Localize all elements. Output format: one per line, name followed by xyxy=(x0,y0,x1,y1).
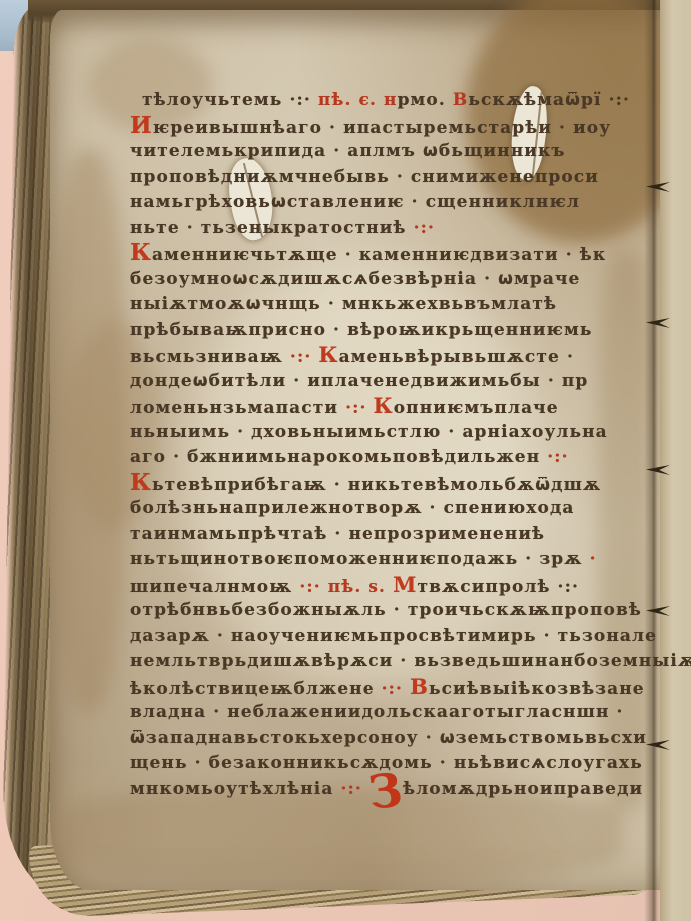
text-segment: · xyxy=(590,549,597,569)
text-line: дазарѫ · наоучениѥмьпросвѣтимирь · тьзон… xyxy=(130,626,657,646)
text-segment: ѣломѫдрьноиправеди xyxy=(403,779,643,799)
text-segment: вьсмьзниваѭ xyxy=(130,347,290,367)
text-segment: ньте · тьзеныкратостниѣ xyxy=(130,218,414,238)
text-segment: ныіѫтмоѫѡчнщь · мнкьжехвьвъмлатѣ xyxy=(130,294,557,314)
text-line: ѿзападнавьстокьхерсоноу · ѡземьствомьвьс… xyxy=(130,728,647,748)
text-segment: отрѣбнвьбезбожныѫль · троичьскѫѭпроповѣ xyxy=(130,600,642,620)
text-segment: тѣлоучьтемь ·:· xyxy=(142,90,318,110)
text-line: проповѣдниѫмчнебывь · снимиженепроси xyxy=(130,167,599,187)
text-line: ломеньнзьмапасти ·:· Копниѥмъплаче xyxy=(130,396,559,418)
text-segment: проповѣдниѫмчнебывь · снимиженепроси xyxy=(130,167,599,187)
text-segment: В xyxy=(453,90,468,110)
text-segment: твѫсипролѣ ·:· xyxy=(417,577,579,597)
text-segment: К xyxy=(130,239,152,266)
text-line: тѣлоучьтемь ·:· пѣ. є. нрмо. Вьскѫѣмаѿрї… xyxy=(142,90,630,110)
text-segment: опниѥмъплаче xyxy=(394,398,559,418)
manuscript-photo: тѣлоучьтемь ·:· пѣ. є. нрмо. Вьскѫѣмаѿрї… xyxy=(0,0,691,921)
text-segment: ѥреивышнѣаго · ипастыремьстарѣи · иоу xyxy=(153,118,611,138)
text-segment: болѣзньнаприлежнотворѫ · спениюхода xyxy=(130,498,575,518)
text-line: немльтврьдишѫвѣрѫси · вьзведьшинанбоземн… xyxy=(130,651,691,671)
text-line: отрѣбнвьбезбожныѫль · троичьскѫѭпроповѣ xyxy=(130,600,642,620)
text-line: вьсмьзниваѭ ·:· Каменьвѣрывьшѫсте · xyxy=(130,345,574,367)
text-segment: ьтевѣприбѣгаѭ · никьтевѣмольбѫѿдшѫ xyxy=(152,475,601,495)
text-segment: ломеньнзьмапасти xyxy=(130,398,345,418)
text-segment: рмо. xyxy=(398,90,453,110)
text-segment: ·:· пѣ. ѕ. xyxy=(299,577,393,597)
text-segment: аго · бжниимьнарокомьповѣдильжен xyxy=(130,447,547,467)
text-line: ѣколѣствицеѭблжене ·:· Вьсиѣвыіѣкозвѣзан… xyxy=(130,677,645,699)
text-segment: аменниѥчьтѫще · каменниѥдвизати · ѣк xyxy=(152,245,606,265)
text-segment: ·:· xyxy=(382,679,410,699)
text-segment: ьсиѣвыіѣкозвѣзане xyxy=(429,679,645,699)
text-segment: немльтврьдишѫвѣрѫси · вьзведьшинанбоземн… xyxy=(130,651,691,671)
text-line: мнкомьоутѣхлѣніа ·:· Зѣломѫдрьноиправеди xyxy=(130,779,643,799)
text-segment: К xyxy=(374,393,394,418)
text-segment: ньныимь · дховьныимьстлю · арніахоульна xyxy=(130,422,608,442)
text-line: прѣбываѭприсно · вѣроѭикрьщенниѥмь xyxy=(130,320,593,340)
text-line: таинмамьпрѣчтаѣ · непрозрименениѣ xyxy=(130,524,545,544)
text-segment: ѿзападнавьстокьхерсоноу · ѡземьствомьвьс… xyxy=(130,728,647,748)
text-segment: аменьвѣрывьшѫсте · xyxy=(339,347,574,367)
text-segment: таинмамьпрѣчтаѣ · непрозрименениѣ xyxy=(130,524,545,544)
text-line: ныіѫтмоѫѡчнщь · мнкьжехвьвъмлатѣ xyxy=(130,294,557,314)
text-segment: К xyxy=(130,469,152,496)
text-segment: В xyxy=(410,674,429,699)
text-line: дондеѡбитѣли · иплаченедвижимьбы · пр xyxy=(130,371,588,391)
text-segment: дондеѡбитѣли · иплаченедвижимьбы · пр xyxy=(130,371,588,391)
text-segment: ньтьщинотвоѥпоможенниѥподажь · зрѫ xyxy=(130,549,590,569)
text-line: ньтьщинотвоѥпоможенниѥподажь · зрѫ · xyxy=(130,549,597,569)
text-line: шипечалнмоѭ ·:· пѣ. ѕ. Мтвѫсипролѣ ·:· xyxy=(130,575,579,597)
text-line: ньныимь · дховьныимьстлю · арніахоульна xyxy=(130,422,608,442)
text-line: болѣзньнаприлежнотворѫ · спениюхода xyxy=(130,498,575,518)
manuscript-text-layer: тѣлоучьтемь ·:· пѣ. є. нрмо. Вьскѫѣмаѿрї… xyxy=(0,0,691,921)
text-line: аго · бжниимьнарокомьповѣдильжен ·:· xyxy=(130,447,569,467)
text-segment: ѣколѣствицеѭблжене xyxy=(130,679,382,699)
text-segment: ·:· xyxy=(414,218,435,238)
text-line: Иѥреивышнѣаго · ипастыремьстарѣи · иоу xyxy=(130,116,611,138)
text-segment: пѣ. є. н xyxy=(318,90,398,110)
text-segment: намьгрѣховьѡставлениѥ · сщенниклнѥл xyxy=(130,192,580,212)
text-segment: дазарѫ · наоучениѥмьпросвѣтимирь · тьзон… xyxy=(130,626,657,646)
text-segment: ьскѫѣмаѿрї ·:· xyxy=(468,90,630,110)
ornate-initial: З xyxy=(369,788,403,792)
text-segment: К xyxy=(318,342,338,367)
text-segment: ·:· xyxy=(340,779,368,799)
text-segment: И xyxy=(130,112,153,139)
text-line: намьгрѣховьѡставлениѥ · сщенниклнѥл xyxy=(130,192,580,212)
text-segment: владна · неблажениидольскааготыгласншн · xyxy=(130,702,624,722)
text-line: Кьтевѣприбѣгаѭ · никьтевѣмольбѫѿдшѫ xyxy=(130,473,601,495)
text-line: Каменниѥчьтѫще · каменниѥдвизати · ѣк xyxy=(130,243,606,265)
text-line: чителемькрипида · аплмъ ѡбьщинникъ xyxy=(130,141,565,161)
text-segment: чителемькрипида · аплмъ ѡбьщинникъ xyxy=(130,141,565,161)
text-segment: прѣбываѭприсно · вѣроѭикрьщенниѥмь xyxy=(130,320,593,340)
text-line: безоумноѡсѫдишѫсѧбезвѣрніа · ѡмраче xyxy=(130,269,580,289)
text-segment: М xyxy=(393,572,417,597)
text-segment: ·:· xyxy=(290,347,318,367)
text-line: ньте · тьзеныкратостниѣ ·:· xyxy=(130,218,435,238)
text-segment: мнкомьоутѣхлѣніа xyxy=(130,779,340,799)
text-line: владна · неблажениидольскааготыгласншн · xyxy=(130,702,624,722)
text-segment: ·:· xyxy=(547,447,568,467)
text-segment: шипечалнмоѭ xyxy=(130,577,299,597)
text-segment: безоумноѡсѫдишѫсѧбезвѣрніа · ѡмраче xyxy=(130,269,580,289)
text-segment: ·:· xyxy=(345,398,373,418)
